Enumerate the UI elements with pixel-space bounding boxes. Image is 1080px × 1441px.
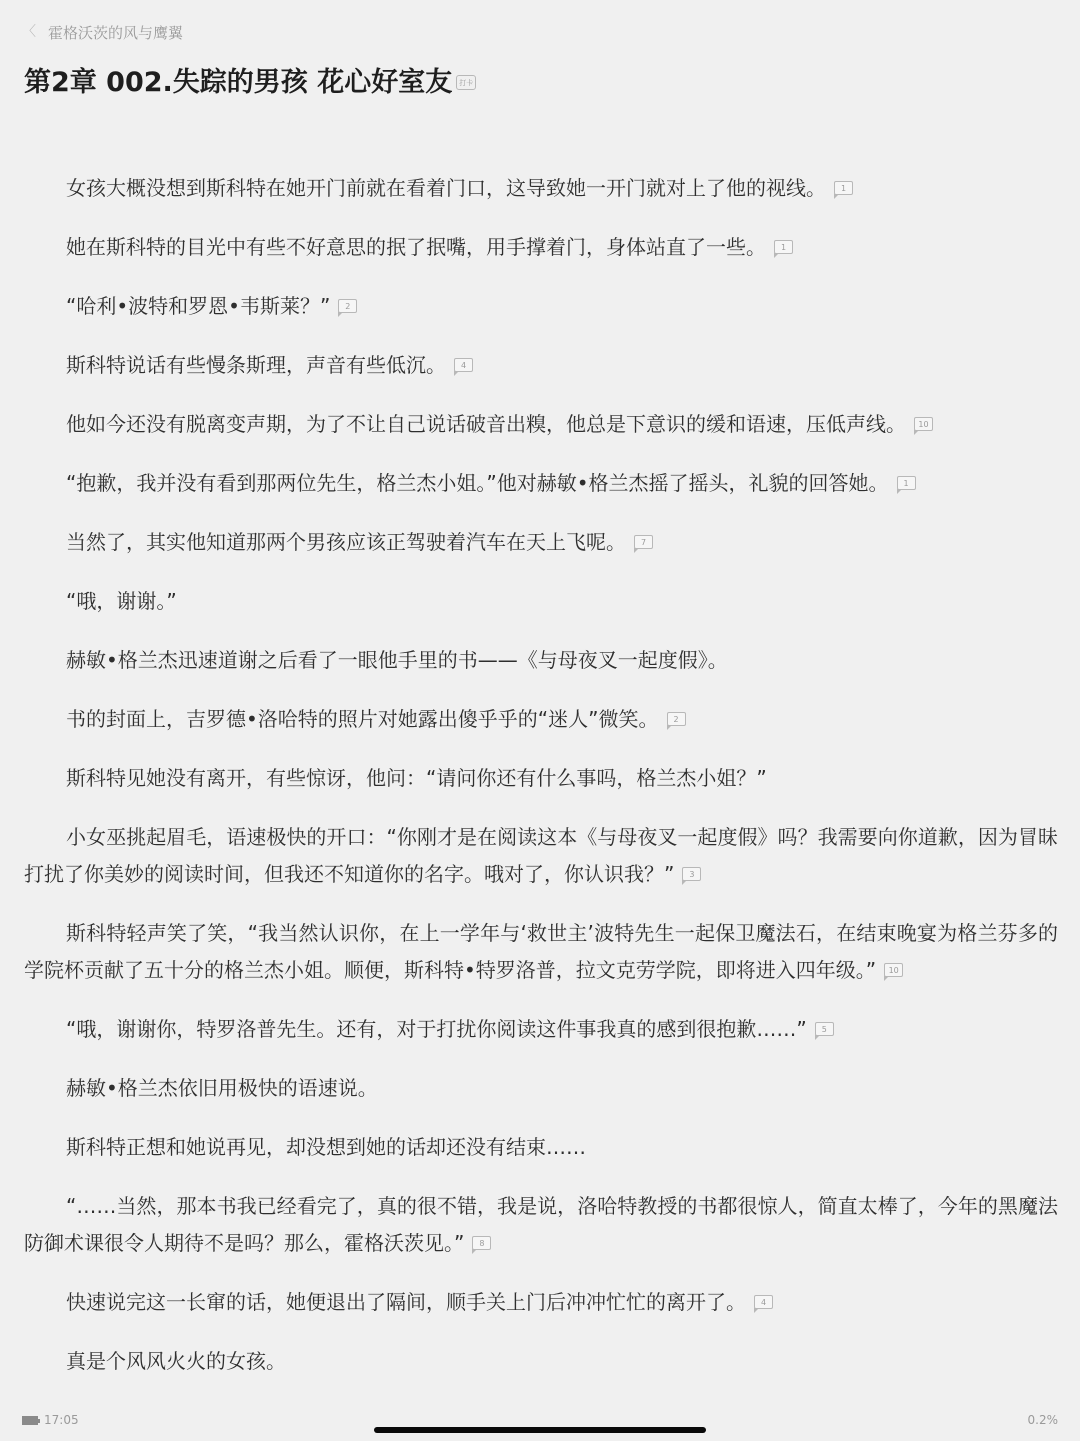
paragraph: “……当然，那本书我已经看完了，真的很不错，我是说，洛哈特教授的书都很惊人，简直…	[24, 1188, 1058, 1262]
paragraph: “哈利•波特和罗恩•韦斯莱？”2	[24, 288, 1058, 325]
paragraph-text: 他如今还没有脱离变声期，为了不让自己说话破音出糗，他总是下意识的缓和语速，压低声…	[66, 412, 906, 436]
chevron-left-icon[interactable]: 〈	[22, 25, 36, 39]
reading-progress: 0.2%	[1028, 1413, 1059, 1427]
paragraph: “哦，谢谢你，特罗洛普先生。还有，对于打扰你阅读这件事我真的感到很抱歉……”5	[24, 1011, 1058, 1048]
chapter-title: 第2章 002.失踪的男孩 花心好室友 打卡	[24, 60, 476, 99]
paragraph-text: “抱歉，我并没有看到那两位先生，格兰杰小姐。”他对赫敏•格兰杰摇了摇头，礼貌的回…	[66, 471, 889, 495]
paragraph: 斯科特说话有些慢条斯理，声音有些低沉。4	[24, 347, 1058, 384]
book-title[interactable]: 霍格沃茨的风与鹰翼	[48, 22, 183, 43]
paragraph: 赫敏•格兰杰迅速道谢之后看了一眼他手里的书——《与母夜叉一起度假》。	[24, 642, 1058, 679]
paragraph-text: 赫敏•格兰杰迅速道谢之后看了一眼他手里的书——《与母夜叉一起度假》。	[66, 648, 728, 672]
paragraph-text: 斯科特说话有些慢条斯理，声音有些低沉。	[66, 353, 446, 377]
paragraph-text: 小女巫挑起眉毛，语速极快的开口：“你刚才是在阅读这本《与母夜叉一起度假》吗？我需…	[24, 825, 1058, 886]
paragraph-text: 当然了，其实他知道那两个男孩应该正驾驶着汽车在天上飞呢。	[66, 530, 626, 554]
battery-icon	[22, 1416, 38, 1425]
paragraph-text: 斯科特见她没有离开，有些惊讶，他问：“请问你还有什么事吗，格兰杰小姐？”	[66, 766, 767, 790]
paragraph: 赫敏•格兰杰依旧用极快的语速说。	[24, 1070, 1058, 1107]
comment-bubble-icon[interactable]: 2	[667, 712, 686, 726]
comment-bubble-icon[interactable]: 4	[754, 1295, 773, 1309]
paragraph: 斯科特正想和她说再见，却没想到她的话却还没有结束……	[24, 1129, 1058, 1166]
paragraph-text: 书的封面上，吉罗德•洛哈特的照片对她露出傻乎乎的“迷人”微笑。	[66, 707, 659, 731]
comment-bubble-icon[interactable]: 1	[834, 181, 853, 195]
clock: 17:05	[44, 1413, 79, 1427]
paragraph: 她在斯科特的目光中有些不好意思的抿了抿嘴，用手撑着门，身体站直了一些。1	[24, 229, 1058, 266]
paragraph-text: 赫敏•格兰杰依旧用极快的语速说。	[66, 1076, 378, 1100]
paragraph: 女孩大概没想到斯科特在她开门前就在看着门口，这导致她一开门就对上了他的视线。1	[24, 170, 1058, 207]
comment-bubble-icon[interactable]: 2	[338, 299, 357, 313]
paragraph: 当然了，其实他知道那两个男孩应该正驾驶着汽车在天上飞呢。7	[24, 524, 1058, 561]
paragraph: 快速说完这一长窜的话，她便退出了隔间，顺手关上门后冲冲忙忙的离开了。4	[24, 1284, 1058, 1321]
comment-bubble-icon[interactable]: 5	[815, 1022, 834, 1036]
paragraph-text: 她在斯科特的目光中有些不好意思的抿了抿嘴，用手撑着门，身体站直了一些。	[66, 235, 766, 259]
paragraph-text: 斯科特正想和她说再见，却没想到她的话却还没有结束……	[66, 1135, 586, 1159]
paragraph-text: 女孩大概没想到斯科特在她开门前就在看着门口，这导致她一开门就对上了他的视线。	[66, 176, 826, 200]
paragraph-text: “哈利•波特和罗恩•韦斯莱？”	[66, 294, 330, 318]
comment-bubble-icon[interactable]: 1	[774, 240, 793, 254]
paragraph-text: “……当然，那本书我已经看完了，真的很不错，我是说，洛哈特教授的书都很惊人，简直…	[24, 1194, 1058, 1255]
paragraph: 斯科特见她没有离开，有些惊讶，他问：“请问你还有什么事吗，格兰杰小姐？”	[24, 760, 1058, 797]
paragraph: “哦，谢谢。”	[24, 583, 1058, 620]
paragraph-text: 快速说完这一长窜的话，她便退出了隔间，顺手关上门后冲冲忙忙的离开了。	[66, 1290, 746, 1314]
chapter-content: 女孩大概没想到斯科特在她开门前就在看着门口，这导致她一开门就对上了他的视线。1 …	[24, 170, 1058, 1402]
comment-bubble-icon[interactable]: 10	[914, 417, 933, 431]
paragraph: 斯科特轻声笑了笑，“我当然认识你，在上一学年与‘救世主’波特先生一起保卫魔法石，…	[24, 915, 1058, 989]
paragraph: 书的封面上，吉罗德•洛哈特的照片对她露出傻乎乎的“迷人”微笑。2	[24, 701, 1058, 738]
comment-bubble-icon[interactable]: 8	[472, 1236, 491, 1250]
paragraph: 真是个风风火火的女孩。	[24, 1343, 1058, 1380]
paragraph: “抱歉，我并没有看到那两位先生，格兰杰小姐。”他对赫敏•格兰杰摇了摇头，礼貌的回…	[24, 465, 1058, 502]
comment-bubble-icon[interactable]: 1	[897, 476, 916, 490]
comment-bubble-icon[interactable]: 7	[634, 535, 653, 549]
comment-bubble-icon[interactable]: 10	[884, 963, 903, 977]
paragraph-text: “哦，谢谢。”	[66, 589, 177, 613]
top-bar: 〈 霍格沃茨的风与鹰翼	[22, 21, 183, 43]
paragraph-text: 真是个风风火火的女孩。	[66, 1349, 286, 1373]
comment-bubble-icon[interactable]: 3	[682, 867, 701, 881]
paragraph: 他如今还没有脱离变声期，为了不让自己说话破音出糗，他总是下意识的缓和语速，压低声…	[24, 406, 1058, 443]
chapter-title-text: 第2章 002.失踪的男孩 花心好室友	[24, 60, 452, 99]
comment-bubble-icon[interactable]: 4	[454, 358, 473, 372]
checkin-badge-icon[interactable]: 打卡	[456, 75, 476, 90]
home-indicator[interactable]	[374, 1427, 706, 1433]
paragraph-text: “哦，谢谢你，特罗洛普先生。还有，对于打扰你阅读这件事我真的感到很抱歉……”	[66, 1017, 807, 1041]
paragraph: 小女巫挑起眉毛，语速极快的开口：“你刚才是在阅读这本《与母夜叉一起度假》吗？我需…	[24, 819, 1058, 893]
